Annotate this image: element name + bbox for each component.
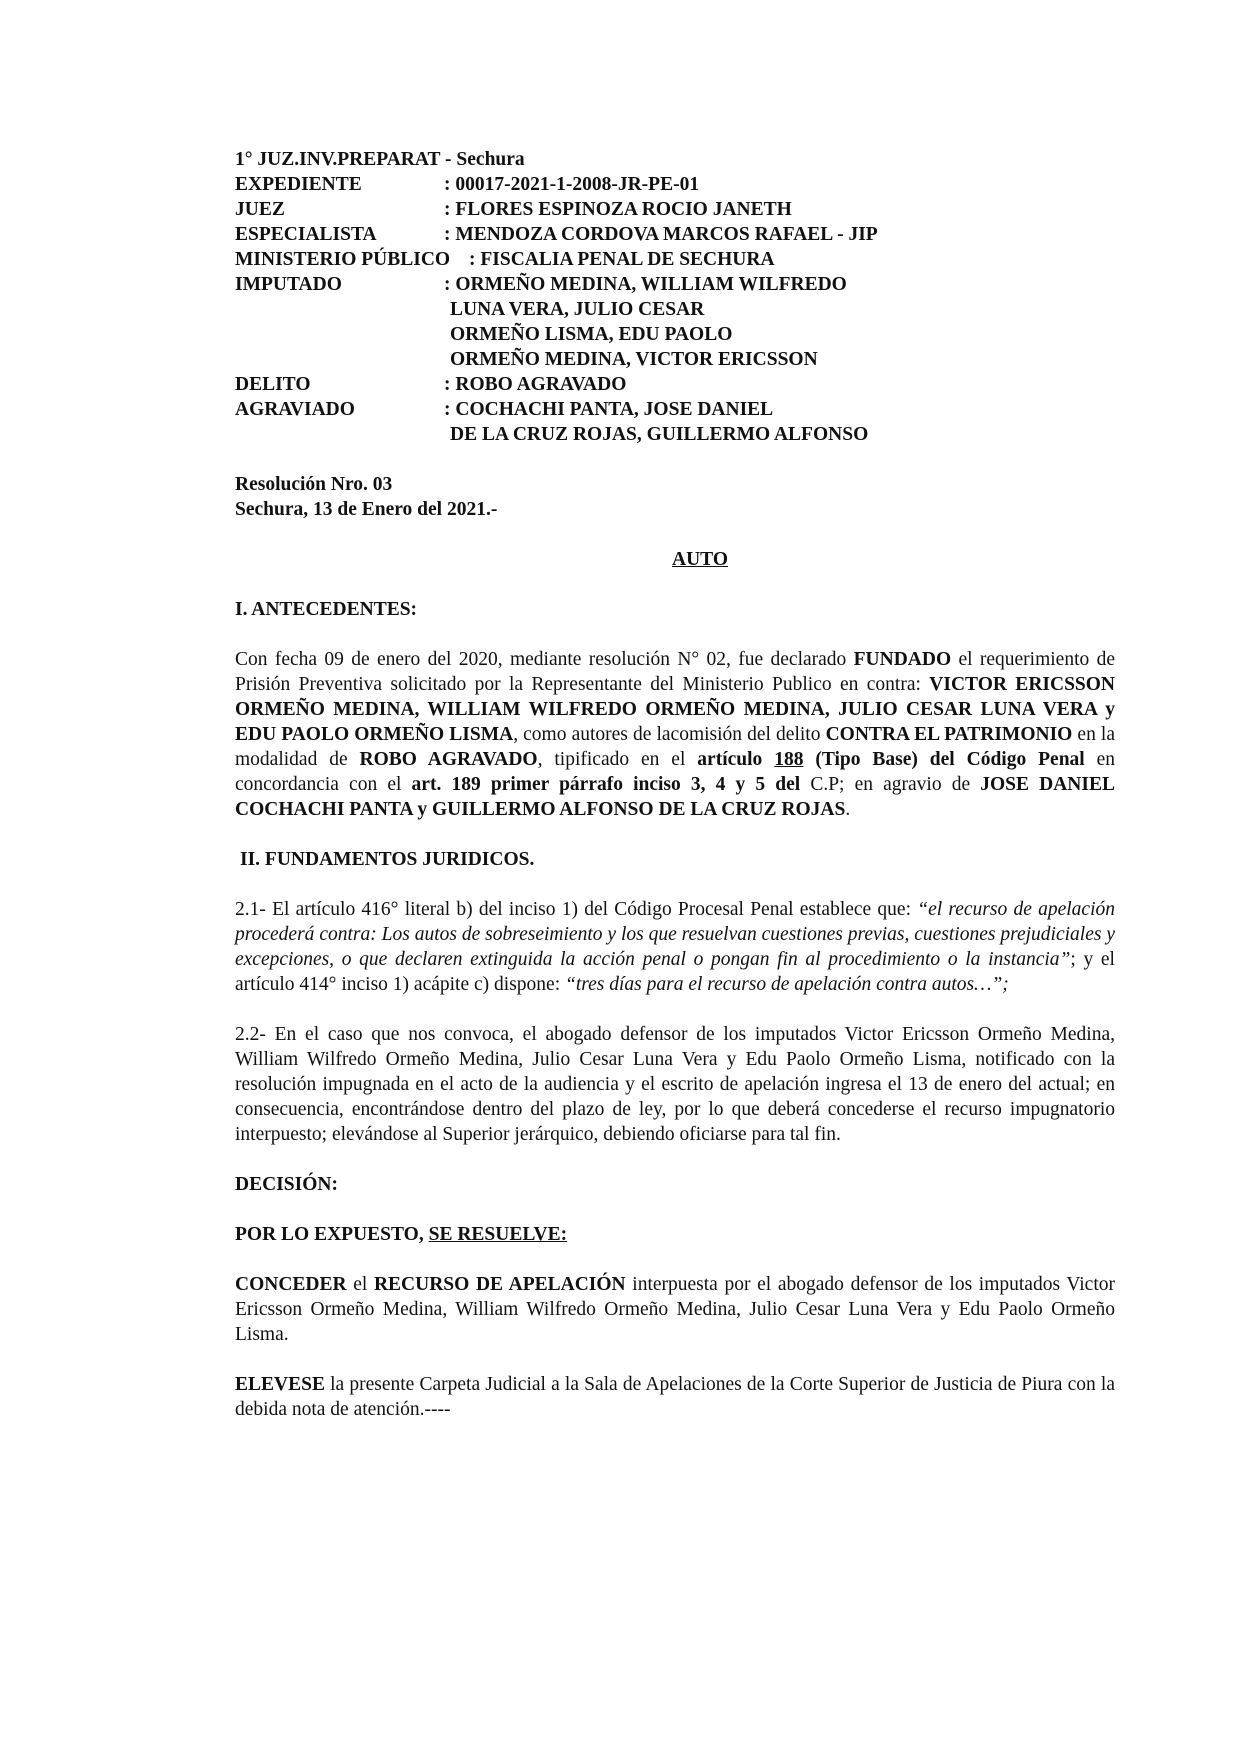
header-field-row: EXPEDIENTE: 00017-2021-1-2008-JR-PE-01 bbox=[235, 172, 1115, 197]
text-run: art. 189 primer párrafo inciso 3, 4 y 5 … bbox=[412, 774, 801, 795]
header-field-value: : MENDOZA CORDOVA MARCOS RAFAEL - JIP bbox=[444, 222, 878, 247]
header-field-value: : FISCALIA PENAL DE SECHURA bbox=[469, 247, 775, 272]
text-run: , tipificado en el bbox=[538, 749, 698, 770]
text-run: 188 bbox=[774, 749, 803, 770]
header-field-value: : COCHACHI PANTA, JOSE DANIEL bbox=[444, 397, 773, 422]
header-field-label: JUEZ bbox=[235, 197, 444, 222]
por-lo-expuesto-text: POR LO EXPUESTO, bbox=[235, 1224, 429, 1245]
header-field-label: IMPUTADO bbox=[235, 272, 444, 297]
header-field-value: : ORMEÑO MEDINA, WILLIAM WILFREDO bbox=[444, 272, 847, 297]
document-page: 1° JUZ.INV.PREPARAT - Sechura EXPEDIENTE… bbox=[235, 147, 1115, 1422]
resolution-place-date: Sechura, 13 de Enero del 2021.- bbox=[235, 497, 1115, 522]
case-header-fields: EXPEDIENTE: 00017-2021-1-2008-JR-PE-01JU… bbox=[235, 172, 1115, 447]
text-run: ROBO AGRAVADO bbox=[360, 749, 538, 770]
text-run: la presente Carpeta Judicial a la Sala d… bbox=[235, 1374, 1115, 1420]
section-heading-fundamentos: II. FUNDAMENTOS JURIDICOS. bbox=[235, 847, 1115, 872]
header-field-value: : FLORES ESPINOZA ROCIO JANETH bbox=[444, 197, 792, 222]
text-run: ELEVESE bbox=[235, 1374, 325, 1395]
text-run: C.P; en agravio de bbox=[800, 774, 980, 795]
header-field-row: DELITO: ROBO AGRAVADO bbox=[235, 372, 1115, 397]
antecedentes-paragraph: Con fecha 09 de enero del 2020, mediante… bbox=[235, 647, 1115, 822]
court-name: 1° JUZ.INV.PREPARAT - Sechura bbox=[235, 147, 1115, 172]
header-field-continuation: ORMEÑO MEDINA, VICTOR ERICSSON bbox=[235, 347, 1115, 372]
header-field-row: MINISTERIO PÚBLICO: FISCALIA PENAL DE SE… bbox=[235, 247, 1115, 272]
se-resuelve: SE RESUELVE: bbox=[429, 1224, 568, 1245]
text-run: Con fecha 09 de enero del 2020, mediante… bbox=[235, 649, 854, 670]
header-field-row: AGRAVIADO: COCHACHI PANTA, JOSE DANIEL bbox=[235, 397, 1115, 422]
section-heading-decision: DECISIÓN: bbox=[235, 1172, 1115, 1197]
text-run: CONTRA EL PATRIMONIO bbox=[826, 724, 1073, 745]
header-field-label: DELITO bbox=[235, 372, 444, 397]
header-field-label: ESPECIALISTA bbox=[235, 222, 444, 247]
header-field-continuation: DE LA CRUZ ROJAS, GUILLERMO ALFONSO bbox=[235, 422, 1115, 447]
text-run: “tres días para el recurso de apelación … bbox=[565, 974, 1009, 995]
elevese-paragraph: ELEVESE la presente Carpeta Judicial a l… bbox=[235, 1372, 1115, 1422]
fundamentos-paragraph-2-2: 2.2- En el caso que nos convoca, el abog… bbox=[235, 1022, 1115, 1147]
header-field-continuation: LUNA VERA, JULIO CESAR bbox=[235, 297, 1115, 322]
text-run: CONCEDER bbox=[235, 1274, 347, 1295]
text-run: , como autores de lacomisión del delito bbox=[513, 724, 825, 745]
fundamentos-paragraph-2-1: 2.1- El artículo 416° literal b) del inc… bbox=[235, 897, 1115, 997]
section-heading-antecedentes: I. ANTECEDENTES: bbox=[235, 597, 1115, 622]
resolution-number: Resolución Nro. 03 bbox=[235, 472, 1115, 497]
text-run: . bbox=[845, 799, 850, 820]
conceder-paragraph: CONCEDER el RECURSO DE APELACIÓN interpu… bbox=[235, 1272, 1115, 1347]
header-field-row: JUEZ: FLORES ESPINOZA ROCIO JANETH bbox=[235, 197, 1115, 222]
text-run: FUNDADO bbox=[854, 649, 952, 670]
header-field-row: ESPECIALISTA: MENDOZA CORDOVA MARCOS RAF… bbox=[235, 222, 1115, 247]
text-run: RECURSO DE APELACIÓN bbox=[374, 1274, 626, 1295]
header-field-value: : ROBO AGRAVADO bbox=[444, 372, 626, 397]
header-field-label: AGRAVIADO bbox=[235, 397, 444, 422]
por-lo-expuesto: POR LO EXPUESTO, SE RESUELVE: bbox=[235, 1222, 1115, 1247]
header-field-value: : 00017-2021-1-2008-JR-PE-01 bbox=[444, 172, 699, 197]
header-field-row: IMPUTADO: ORMEÑO MEDINA, WILLIAM WILFRED… bbox=[235, 272, 1115, 297]
header-field-continuation: ORMEÑO LISMA, EDU PAOLO bbox=[235, 322, 1115, 347]
text-run: el bbox=[347, 1274, 374, 1295]
text-run: 2.1- El artículo 416° literal b) del inc… bbox=[235, 899, 917, 920]
header-field-label: MINISTERIO PÚBLICO bbox=[235, 247, 469, 272]
text-run: (Tipo Base) del Código Penal bbox=[803, 749, 1084, 770]
header-field-label: EXPEDIENTE bbox=[235, 172, 444, 197]
document-title: AUTO bbox=[285, 547, 1115, 572]
text-run: artículo bbox=[697, 749, 774, 770]
